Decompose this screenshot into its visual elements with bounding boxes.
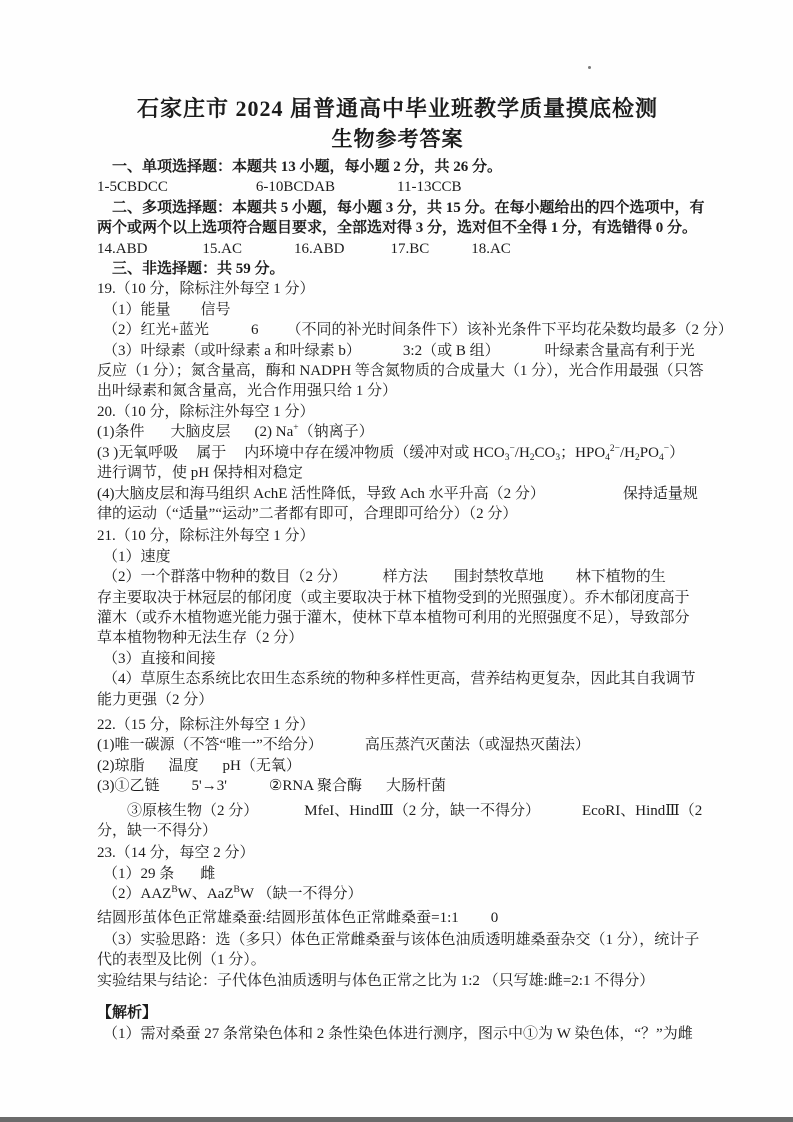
text-segment: 能力更强（2 分） (97, 692, 213, 708)
text-segment: 19.（10 分，除标注外每空 1 分） (97, 281, 315, 297)
text-segment: /H (515, 445, 530, 461)
text-segment: 大脑皮层 (171, 424, 231, 440)
text-segment: 出叶绿素和氮含量高，光合作用强只给 1 分） (97, 383, 397, 399)
text-segment: （1）速度 (103, 549, 171, 565)
text-line: 三、非选择题：共 59 分。 (97, 259, 698, 279)
text-segment: （2）一个群落中物种的数目（2 分） (103, 569, 347, 585)
text-segment: 叶绿素含量高有利于光 (545, 343, 695, 359)
text-segment: EcoRI、HindⅢ（2 (582, 803, 702, 819)
text-line: 实验结果与结论：子代体色油质透明与体色正常之比为 1:2 （只写雄:雌=2:1 … (97, 971, 698, 991)
text-segment: 存主要取决于林冠层的郁闭度（或主要取决于林下植物受到的光照强度）。乔木郁闭度高于 (97, 590, 690, 606)
text-line: (1)唯一碳源（不答“唯一”不给分）高压蒸汽灭菌法（或湿热灭菌法） (97, 735, 698, 755)
text-segment: (2)琼脂 (97, 758, 145, 774)
text-line: 19.（10 分，除标注外每空 1 分） (97, 279, 698, 299)
text-line: （1）需对桑蚕 27 条常染色体和 2 条性染色体进行测序，图示中①为 W 染色… (97, 1024, 698, 1044)
text-segment: W、AaZ (178, 886, 234, 902)
text-segment: （2）红光+蓝光 (103, 322, 209, 338)
text-segment: (1)唯一碳源（不答“唯一”不给分） (97, 737, 323, 753)
text-segment: 反应（1 分）；氮含量高，酶和 NADPH 等含氮物质的合成量大（1 分），光合… (97, 363, 704, 379)
text-line: （2）一个群落中物种的数目（2 分）样方法围封禁牧草地林下植物的生 (97, 567, 698, 587)
text-line: (3 )无氧呼吸属于内环境中存在缓冲物质（缓冲对或 HCO3−/H2CO3；HP… (97, 443, 698, 463)
text-line: 二、多项选择题：本题共 5 小题，每小题 3 分，共 15 分。在每小题给出的四… (97, 198, 698, 218)
text-segment: 分，缺一不得分） (97, 823, 217, 839)
text-segment: 15.AC (202, 241, 242, 257)
text-segment: 3 (505, 453, 510, 463)
text-segment: 14.ABD (97, 241, 147, 257)
text-line: (2)琼脂温度pH（无氧） (97, 756, 698, 776)
text-line: (3)①乙链5'→3'②RNA 聚合酶大肠杆菌 (97, 776, 698, 796)
text-segment: 22.（15 分，除标注外每空 1 分） (97, 717, 315, 733)
text-segment: （3）叶绿素（或叶绿素 a 和叶绿素 b） (103, 343, 361, 359)
text-line: 【解析】 (97, 1003, 698, 1023)
text-segment: 进行调节，使 pH 保持相对稳定 (97, 465, 303, 481)
text-line: (4)大脑皮层和海马组织 AchE 活性降低，导致 Ach 水平升高（2 分）保… (97, 484, 698, 504)
text-segment: 律的运动（“适量”“运动”二者都有即可，合理即可给分）（2 分） (97, 506, 517, 522)
text-segment: 18.AC (471, 241, 511, 257)
text-segment: ②RNA 聚合酶 (269, 778, 362, 794)
text-segment: 实验结果与结论：子代体色油质透明与体色正常之比为 1:2 （只写雄:雌=2:1 … (97, 973, 654, 989)
text-segment: pH（无氧） (223, 758, 301, 774)
text-segment: （1）能量 (103, 302, 171, 318)
text-line: 22.（15 分，除标注外每空 1 分） (97, 715, 698, 735)
text-segment: 样方法 (383, 569, 428, 585)
text-segment: 温度 (169, 758, 199, 774)
text-segment: 属于 (196, 445, 226, 461)
text-segment: 二、多项选择题：本题共 5 小题，每小题 3 分，共 15 分。在每小题给出的四… (112, 200, 705, 216)
text-segment: （1）需对桑蚕 27 条常染色体和 2 条性染色体进行测序，图示中①为 W 染色… (103, 1026, 693, 1042)
text-segment: 4 (659, 453, 664, 463)
text-segment: 20.（10 分，除标注外每空 1 分） (97, 404, 315, 420)
document-body: 一、单项选择题：本题共 13 小题，每小题 2 分，共 26 分。1-5CBDC… (97, 157, 698, 1044)
document-content: 石家庄市 2024 届普通高中毕业班教学质量摸底检测 生物参考答案 一、单项选择… (97, 92, 698, 1044)
text-segment: （1）29 条 (103, 866, 174, 882)
text-line: 律的运动（“适量”“运动”二者都有即可，合理即可给分）（2 分） (97, 504, 698, 524)
text-line: 两个或两个以上选项符合题目要求，全部选对得 3 分，选对但不全得 1 分，有选错… (97, 218, 698, 238)
page-subtitle: 生物参考答案 (97, 125, 698, 153)
text-line: 能力更强（2 分） (97, 690, 698, 710)
text-segment: 高压蒸汽灭菌法（或湿热灭菌法） (365, 737, 590, 753)
text-line: 21.（10 分，除标注外每空 1 分） (97, 526, 698, 546)
text-segment: MfeI、HindⅢ（2 分，缺一不得分） (304, 803, 540, 819)
text-line: 分，缺一不得分） (97, 821, 698, 841)
text-line: （2）红光+蓝光6（不同的补光时间条件下）该补光条件下平均花朵数均最多（2 分） (97, 320, 698, 340)
text-segment: 2− (610, 444, 620, 454)
text-line: （1）29 条雌 (97, 864, 698, 884)
text-segment: 4 (605, 453, 610, 463)
text-line: 进行调节，使 pH 保持相对稳定 (97, 463, 698, 483)
text-segment: 围封禁牧草地 (454, 569, 544, 585)
text-segment: 3:2（或 B 组） (403, 343, 500, 359)
text-line: 结圆形茧体色正常雄桑蚕:结圆形茧体色正常雌桑蚕=1:10 (97, 908, 698, 928)
text-segment: ；HPO (560, 445, 605, 461)
text-segment: （3）实验思路：选（多只）体色正常雌桑蚕与该体色油质透明雄桑蚕杂交（1 分），统… (103, 932, 699, 948)
text-segment: 1-5CBDCC (97, 179, 168, 195)
text-line: 草本植物物种无法生存（2 分） (97, 628, 698, 648)
text-segment: ） (669, 445, 684, 461)
text-line: （3）直接和间接 (97, 649, 698, 669)
page-title: 石家庄市 2024 届普通高中毕业班教学质量摸底检测 (97, 92, 698, 125)
scan-speck (588, 66, 591, 69)
text-segment: 三、非选择题：共 59 分。 (112, 261, 285, 277)
text-line: 存主要取决于林冠层的郁闭度（或主要取决于林下植物受到的光照强度）。乔木郁闭度高于 (97, 588, 698, 608)
text-line: 代的表型及比例（1 分）。 (97, 950, 698, 970)
text-line: 20.（10 分，除标注外每空 1 分） (97, 402, 698, 422)
text-segment: 17.BC (390, 241, 429, 257)
text-line: （3）实验思路：选（多只）体色正常雌桑蚕与该体色油质透明雄桑蚕杂交（1 分），统… (97, 930, 698, 950)
text-line: （1）速度 (97, 547, 698, 567)
text-segment: 结圆形茧体色正常雄桑蚕:结圆形茧体色正常雌桑蚕=1:1 (97, 910, 459, 926)
text-segment: （不同的补光时间条件下）该补光条件下平均花朵数均最多（2 分） (286, 322, 732, 338)
text-segment: 内环境中存在缓冲物质（缓冲对或 HCO (244, 445, 504, 461)
text-segment: 代的表型及比例（1 分）。 (97, 952, 266, 968)
text-segment: (4)大脑皮层和海马组织 AchE 活性降低，导致 Ach 水平升高（2 分） (97, 486, 545, 502)
text-line: 反应（1 分）；氮含量高，酶和 NADPH 等含氮物质的合成量大（1 分），光合… (97, 361, 698, 381)
text-line: 一、单项选择题：本题共 13 小题，每小题 2 分，共 26 分。 (97, 157, 698, 177)
text-segment: (3)①乙链 (97, 778, 160, 794)
text-segment: (3 )无氧呼吸 (97, 445, 178, 461)
text-segment: 两个或两个以上选项符合题目要求，全部选对得 3 分，选对但不全得 1 分，有选错… (97, 220, 697, 236)
text-segment: /H (620, 445, 635, 461)
text-segment: 灌木（或乔木植物遮光能力强于灌木，使林下草本植物可利用的光照强度不足），导致部分 (97, 610, 690, 626)
text-segment: 草本植物物种无法生存（2 分） (97, 630, 303, 646)
text-line: 1-5CBDCC6-10BCDAB11-13CCB (97, 177, 698, 197)
text-segment: 21.（10 分，除标注外每空 1 分） (97, 528, 315, 544)
text-segment: (2) Na (255, 424, 294, 440)
text-line: 出叶绿素和氮含量高，光合作用强只给 1 分） (97, 381, 698, 401)
text-line: (1)条件大脑皮层(2) Na+（钠离子） (97, 422, 698, 442)
text-segment: (1)条件 (97, 424, 145, 440)
text-line: ③原核生物（2 分）MfeI、HindⅢ（2 分，缺一不得分）EcoRI、Hin… (97, 801, 698, 821)
text-line: （3）叶绿素（或叶绿素 a 和叶绿素 b）3:2（或 B 组）叶绿素含量高有利于… (97, 341, 698, 361)
text-segment: 6-10BCDAB (256, 179, 335, 195)
text-line: （2）AAZBW、AaZBW （缺一不得分） (97, 884, 698, 904)
text-segment: （4）草原生态系统比农田生态系统的物种多样性更高，营养结构更复杂，因此其自我调节 (103, 671, 696, 687)
text-segment: 6 (251, 322, 259, 338)
text-segment: W （缺一不得分） (240, 886, 363, 902)
text-segment: PO (640, 445, 659, 461)
text-line: 灌木（或乔木植物遮光能力强于灌木，使林下草本植物可利用的光照强度不足），导致部分 (97, 608, 698, 628)
text-segment: （钠离子） (299, 424, 374, 440)
text-segment: 5'→3' (192, 778, 227, 794)
text-segment: （3）直接和间接 (103, 651, 216, 667)
scan-edge-bar (0, 1117, 793, 1122)
text-segment: 保持适量规 (623, 486, 698, 502)
text-segment: CO (535, 445, 556, 461)
text-segment: 雌 (200, 866, 215, 882)
answer-key-page: 石家庄市 2024 届普通高中毕业班教学质量摸底检测 生物参考答案 一、单项选择… (0, 0, 793, 1122)
text-line: 23.（14 分，每空 2 分） (97, 843, 698, 863)
text-segment: 11-13CCB (397, 179, 461, 195)
text-segment: 一、单项选择题：本题共 13 小题，每小题 2 分，共 26 分。 (112, 159, 502, 175)
text-line: 14.ABD15.AC16.ABD17.BC18.AC (97, 239, 698, 259)
text-segment: 大肠杆菌 (386, 778, 446, 794)
text-segment: （2）AAZ (103, 886, 171, 902)
text-segment: ③原核生物（2 分） (127, 803, 258, 819)
text-line: （1）能量信号 (97, 300, 698, 320)
text-segment: 16.ABD (294, 241, 344, 257)
text-segment: 【解析】 (97, 1005, 157, 1021)
text-line: （4）草原生态系统比农田生态系统的物种多样性更高，营养结构更复杂，因此其自我调节 (97, 669, 698, 689)
text-segment: 0 (491, 910, 499, 926)
text-segment: 信号 (201, 302, 231, 318)
text-segment: 23.（14 分，每空 2 分） (97, 845, 255, 861)
text-segment: 林下植物的生 (576, 569, 666, 585)
